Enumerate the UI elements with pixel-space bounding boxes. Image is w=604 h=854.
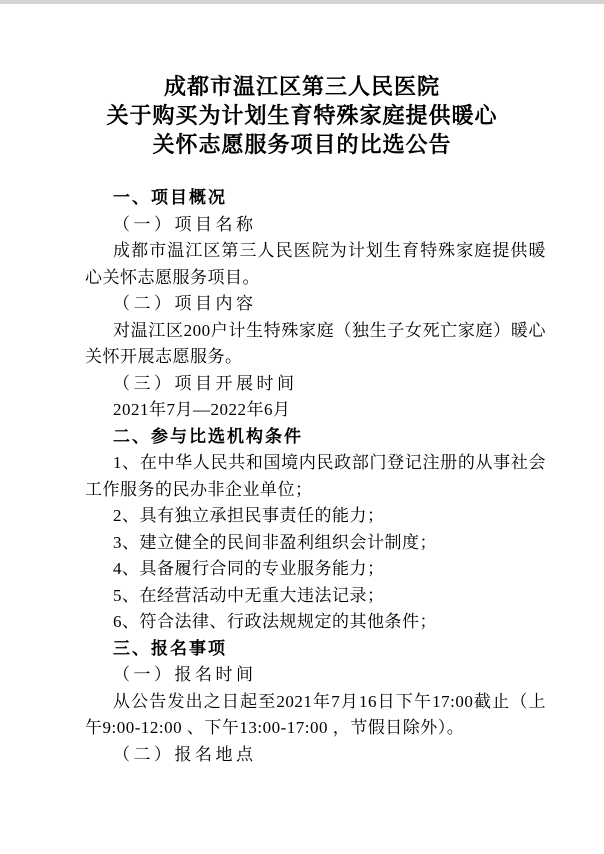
paragraph-project-content: 对温江区200户计生特殊家庭（独生子女死亡家庭）暖心关怀开展志愿服务。 xyxy=(85,318,546,371)
document-title: 成都市温江区第三人民医院 关于购买为计划生育特殊家庭提供暖心 关怀志愿服务项目的… xyxy=(40,72,564,159)
subheading-project-period: （三）项目开展时间 xyxy=(85,371,546,398)
subheading-project-content: （二）项目内容 xyxy=(85,291,546,318)
subheading-registration-time: （一）报名时间 xyxy=(85,662,546,689)
announcement-document-page: 成都市温江区第三人民医院 关于购买为计划生育特殊家庭提供暖心 关怀志愿服务项目的… xyxy=(0,0,604,854)
requirement-item-5: 5、在经营活动中无重大违法记录； xyxy=(85,583,546,610)
subheading-registration-location: （二）报名地点 xyxy=(85,742,546,769)
paragraph-project-name: 成都市温江区第三人民医院为计划生育特殊家庭提供暖心关怀志愿服务项目。 xyxy=(85,238,546,291)
requirement-item-3: 3、建立健全的民间非盈利组织会计制度； xyxy=(85,530,546,557)
document-title-line-1: 成都市温江区第三人民医院 xyxy=(40,72,564,101)
document-body: 一、项目概况 （一）项目名称 成都市温江区第三人民医院为计划生育特殊家庭提供暖心… xyxy=(85,185,546,768)
requirement-item-1: 1、在中华人民共和国境内民政部门登记注册的从事社会工作服务的民办非企业单位； xyxy=(85,450,546,503)
requirement-item-2: 2、具有独立承担民事责任的能力； xyxy=(85,503,546,530)
requirement-item-6: 6、符合法律、行政法规规定的其他条件； xyxy=(85,609,546,636)
section-heading-project-overview: 一、项目概况 xyxy=(85,185,546,212)
paragraph-project-period: 2021年7月—2022年6月 xyxy=(85,397,546,424)
section-heading-registration: 三、报名事项 xyxy=(85,636,546,663)
page-top-edge xyxy=(0,0,604,4)
document-title-line-3: 关怀志愿服务项目的比选公告 xyxy=(40,130,564,159)
section-heading-bidder-requirements: 二、参与比选机构条件 xyxy=(85,424,546,451)
subheading-project-name: （一）项目名称 xyxy=(85,212,546,239)
document-title-line-2: 关于购买为计划生育特殊家庭提供暖心 xyxy=(40,101,564,130)
requirement-item-4: 4、具备履行合同的专业服务能力； xyxy=(85,556,546,583)
paragraph-registration-time: 从公告发出之日起至2021年7月16日下午17:00截止（上午9:00-12:0… xyxy=(85,689,546,742)
